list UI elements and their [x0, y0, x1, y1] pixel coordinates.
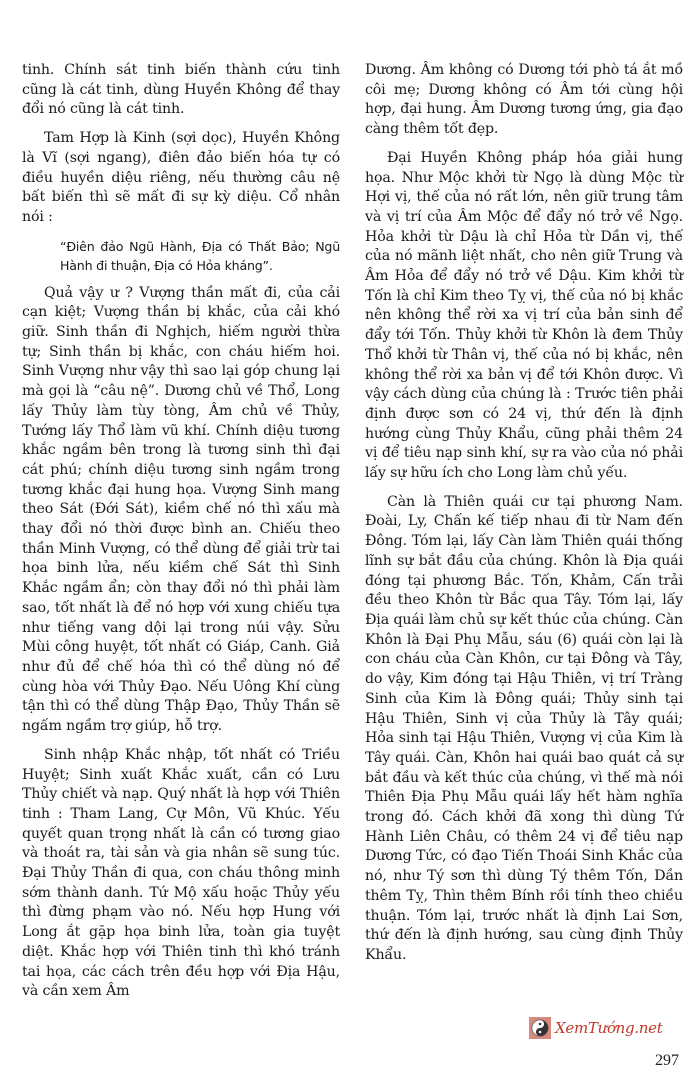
watermark-logo: XemTướng.net — [529, 1017, 662, 1039]
paragraph: tinh. Chính sát tinh biến thành cứu tinh… — [22, 61, 340, 120]
paragraph: Càn là Thiên quái cư tại phương Nam. Đoà… — [365, 493, 683, 966]
yin-yang-icon — [529, 1017, 551, 1039]
paragraph: Tam Hợp là Kinh (sợi dọc), Huyền Không l… — [22, 129, 340, 228]
paragraph: Quả vậy ư ? Vượng thần mất đi, của cải c… — [22, 284, 340, 737]
paragraph: Dương. Âm không có Dương tới phò tá ắt m… — [365, 61, 683, 140]
paragraph: Sinh nhập Khắc nhập, tốt nhất có Triều H… — [22, 746, 340, 1002]
paragraph: Đại Huyền Không pháp hóa giải hung họa. … — [365, 149, 683, 484]
watermark-text: XemTướng.net — [555, 1019, 662, 1037]
page-number: 297 — [655, 1052, 679, 1067]
left-column: tinh. Chính sát tinh biến thành cứu tinh… — [22, 61, 340, 1011]
right-column: Dương. Âm không có Dương tới phò tá ắt m… — [365, 61, 683, 975]
block-quote: “Điên đảo Ngũ Hành, Địa có Thất Bảo; Ngũ… — [60, 237, 340, 275]
